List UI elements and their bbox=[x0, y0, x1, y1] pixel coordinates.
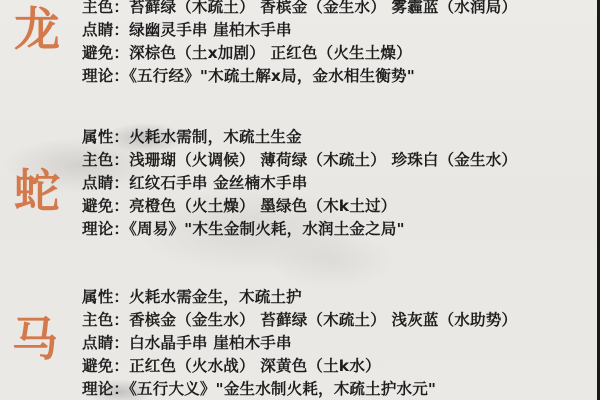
line-value: 亮橙色（火土燥） 墨绿色（木k土过） bbox=[129, 197, 396, 215]
line-value: 正红色（火水战） 深黄色（土k水） bbox=[129, 357, 381, 375]
line-value: 白水晶手串 崖柏木手串 bbox=[129, 334, 292, 352]
line-value: 《五行大义》"金生水制火耗，木疏土护水元" bbox=[129, 380, 436, 398]
line-accent: 点睛：绿幽灵手串 崖柏木手串 bbox=[82, 19, 517, 42]
line-main-color: 主色：浅珊瑚（火调候） 薄荷绿（木疏土） 珍珠白（金生水） bbox=[82, 149, 517, 172]
line-separator: ： bbox=[113, 0, 129, 16]
line-accent: 点睛：白水晶手串 崖柏木手串 bbox=[82, 332, 517, 355]
line-value: 火耗水需制，木疏土生金 bbox=[129, 128, 302, 146]
line-separator: ： bbox=[113, 21, 129, 39]
line-label: 点睛 bbox=[82, 174, 113, 192]
line-value: 火耗水需金生，木疏土护 bbox=[129, 288, 302, 306]
line-value: 绿幽灵手串 崖柏木手串 bbox=[129, 21, 292, 39]
line-separator: ： bbox=[113, 174, 129, 192]
line-value: 浅珊瑚（火调候） 薄荷绿（木疏土） 珍珠白（金生水） bbox=[129, 151, 517, 169]
line-separator: ： bbox=[113, 357, 129, 375]
line-label: 避免 bbox=[82, 357, 113, 375]
line-attribute: 属性：火耗水需金生，木疏土护 bbox=[82, 286, 517, 309]
line-value: 《五行经》"木疏土解x局，金水相生衡势" bbox=[129, 67, 415, 85]
line-separator: ： bbox=[113, 288, 129, 306]
line-theory: 理论：《五行大义》"金生水制火耗，木疏土护水元" bbox=[82, 378, 517, 400]
line-label: 理论 bbox=[82, 380, 113, 398]
zodiac-snake-title: 蛇 bbox=[14, 168, 60, 214]
line-separator: ： bbox=[113, 197, 129, 215]
line-accent: 点睛：红纹石手串 金丝楠木手串 bbox=[82, 172, 517, 195]
line-main-color: 主色：苔藓绿（木疏土） 香槟金（金生水） 雾霾蓝（水润局） bbox=[82, 0, 517, 19]
section-snake: 属性：火耗水需制，木疏土生金 主色：浅珊瑚（火调候） 薄荷绿（木疏土） 珍珠白（… bbox=[82, 126, 517, 241]
line-avoid: 避免：亮橙色（火土燥） 墨绿色（木k土过） bbox=[82, 195, 517, 218]
line-label: 属性 bbox=[82, 128, 113, 146]
line-separator: ： bbox=[113, 380, 129, 398]
line-label: 理论 bbox=[82, 220, 113, 238]
line-separator: ： bbox=[113, 44, 129, 62]
line-separator: ： bbox=[113, 128, 129, 146]
line-value: 苔藓绿（木疏土） 香槟金（金生水） 雾霾蓝（水润局） bbox=[129, 0, 517, 16]
zodiac-dragon-title: 龙 bbox=[14, 6, 60, 52]
line-separator: ： bbox=[113, 220, 129, 238]
line-value: 《周易》"木生金制火耗，水润土金之局" bbox=[129, 220, 405, 238]
line-label: 避免 bbox=[82, 197, 113, 215]
line-value: 深棕色（土x加剧） 正红色（火生土燥） bbox=[129, 44, 412, 62]
zodiac-horse-title: 马 bbox=[12, 316, 58, 362]
line-value: 香槟金（金生水） 苔藓绿（木疏土） 浅灰蓝（水助势） bbox=[129, 311, 517, 329]
line-separator: ： bbox=[113, 151, 129, 169]
line-avoid: 避免：深棕色（土x加剧） 正红色（火生土燥） bbox=[82, 42, 517, 65]
line-main-color: 主色：香槟金（金生水） 苔藓绿（木疏土） 浅灰蓝（水助势） bbox=[82, 309, 517, 332]
line-separator: ： bbox=[113, 67, 129, 85]
line-separator: ： bbox=[113, 334, 129, 352]
line-attribute: 属性：火耗水需制，木疏土生金 bbox=[82, 126, 517, 149]
line-label: 主色 bbox=[82, 151, 113, 169]
line-label: 主色 bbox=[82, 0, 113, 16]
line-theory: 理论：《五行经》"木疏土解x局，金水相生衡势" bbox=[82, 65, 517, 88]
line-label: 避免 bbox=[82, 44, 113, 62]
line-label: 点睛 bbox=[82, 21, 113, 39]
line-label: 点睛 bbox=[82, 334, 113, 352]
section-horse: 属性：火耗水需金生，木疏土护 主色：香槟金（金生水） 苔藓绿（木疏土） 浅灰蓝（… bbox=[82, 286, 517, 400]
line-label: 主色 bbox=[82, 311, 113, 329]
line-theory: 理论：《周易》"木生金制火耗，水润土金之局" bbox=[82, 218, 517, 241]
line-label: 属性 bbox=[82, 288, 113, 306]
line-value: 红纹石手串 金丝楠木手串 bbox=[129, 174, 307, 192]
section-dragon: 主色：苔藓绿（木疏土） 香槟金（金生水） 雾霾蓝（水润局） 点睛：绿幽灵手串 崖… bbox=[82, 0, 517, 88]
line-label: 理论 bbox=[82, 67, 113, 85]
line-avoid: 避免：正红色（火水战） 深黄色（土k水） bbox=[82, 355, 517, 378]
line-separator: ： bbox=[113, 311, 129, 329]
